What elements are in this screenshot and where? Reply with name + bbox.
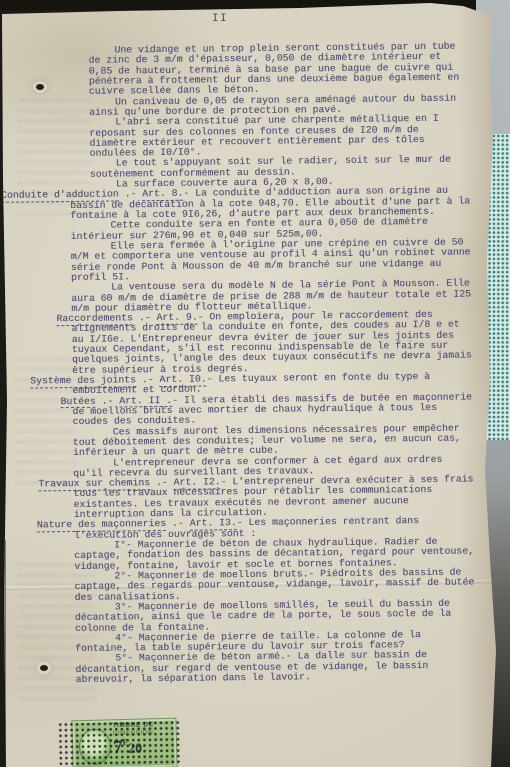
scanned-page: II Une vidange et un trop plein seront c… — [0, 0, 500, 767]
typewritten-text: Une vidange et un trop plein seront cons… — [0, 41, 504, 686]
section-opening: Raccordements .- Art. 9.- On emploiera, … — [71, 310, 474, 376]
paragraph: L'abri sera constitué par une charpente … — [89, 114, 471, 160]
section-opening: Travaux sur chemins .- Art. I2.- L'entre… — [73, 475, 475, 521]
stamp-cancellation-dots — [58, 720, 183, 767]
paragraph: Elle sera fermée à l'origine par une cré… — [71, 237, 473, 283]
intro-block: Une vidange et un trop plein seront cons… — [88, 41, 472, 190]
numbered-item: 5°- Maçonnerie de béton armé.- La dalle … — [75, 650, 477, 685]
paragraph: Une vidange et un trop plein seront cons… — [88, 41, 471, 97]
sections-block: Conduite d'adduction .- Art. 8.- La cond… — [70, 186, 478, 686]
page-number: II — [212, 13, 228, 25]
separator: - — [207, 373, 219, 384]
scan-viewport: { "page": { "number": "II" }, "separator… — [0, 0, 510, 767]
